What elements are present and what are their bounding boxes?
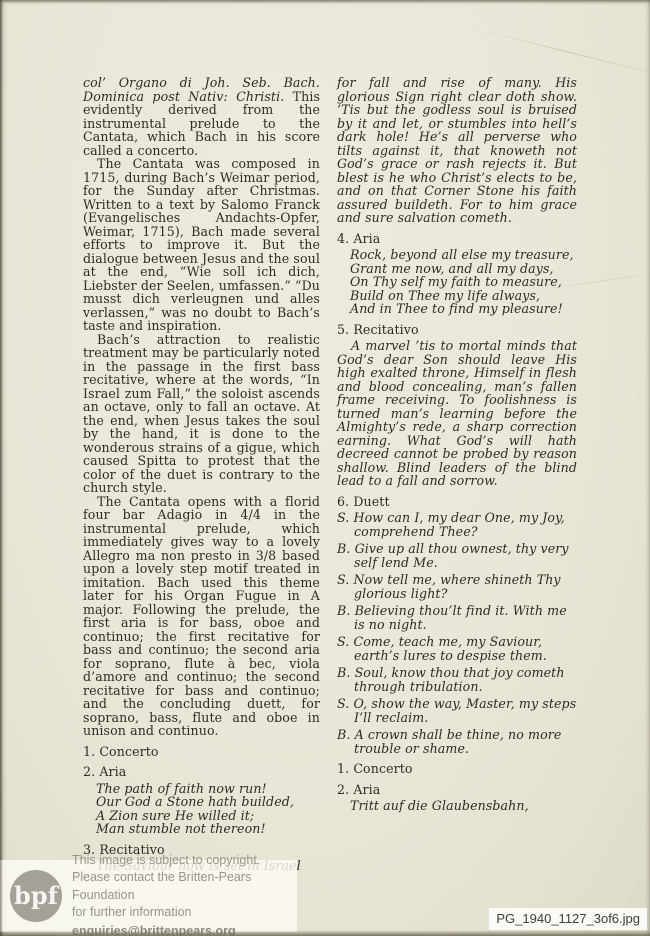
scan-background: { "colors": { "paper": "#e9e7d7", "ink":…: [0, 0, 650, 936]
verse-line: A Zion sure He willed it;: [96, 809, 320, 823]
left-column: col’ Organo di Joh. Seb. Bach. Dominica …: [83, 76, 320, 876]
text-segment: A marvel ’tis to mortal minds that God’s…: [337, 338, 577, 488]
dialogue-text: Now tell me, where shineth Thy glorious …: [354, 572, 561, 601]
dialogue-line: S. O, show the way, Master, my steps I’l…: [337, 697, 577, 724]
bpf-logo: bpf: [10, 870, 62, 922]
dialogue-text: O, show the way, Master, my steps I’ll r…: [354, 696, 577, 725]
text-segment: for fall and rise of many. His glorious …: [337, 75, 577, 225]
verse-line: Our God a Stone hath builded,: [96, 795, 320, 809]
copyright-overlay: bpf This image is subject to copyright. …: [0, 860, 297, 932]
movement-heading: 2. Aria: [83, 765, 320, 779]
copyright-line: Please contact the Britten-Pears Foundat…: [72, 869, 297, 904]
dialogue-text: Believing thou’lt find it. With me is no…: [354, 603, 567, 632]
scan-left-edge: [0, 0, 3, 936]
speaker-label: B.: [337, 665, 350, 680]
copyright-text: This image is subject to copyright. Plea…: [72, 852, 297, 936]
dialogue-text: A crown shall be thine, no more trouble …: [354, 727, 561, 756]
speaker-label: S.: [337, 510, 349, 525]
paragraph: Bach’s attraction to realistic treatment…: [83, 333, 320, 495]
bpf-logo-text: bpf: [14, 884, 58, 908]
dialogue-line: S. How can I, my dear One, my Joy, compr…: [337, 511, 577, 538]
verse: Tritt auf die Glaubensbahn,: [350, 799, 577, 813]
paragraph: for fall and rise of many. His glorious …: [337, 76, 577, 225]
verse-line: On Thy self my faith to measure,: [350, 275, 577, 289]
copyright-line: for further information: [72, 904, 297, 922]
verse-line: Build on Thee my life always,: [350, 289, 577, 303]
verse: Rock, beyond all else my treasure,Grant …: [350, 248, 577, 316]
movement-heading: 1. Concerto: [337, 762, 577, 776]
speaker-label: B.: [337, 727, 350, 742]
speaker-label: B.: [337, 603, 350, 618]
movement-heading: 2. Aria: [337, 783, 577, 797]
dialogue-line: B. Believing thou’lt find it. With me is…: [337, 604, 577, 631]
dialogue-line: B. Soul, know thou that joy cometh throu…: [337, 666, 577, 693]
dialogue-line: B. A crown shall be thine, no more troub…: [337, 728, 577, 755]
paragraph: A marvel ’tis to mortal minds that God’s…: [337, 339, 577, 488]
speaker-label: B.: [337, 541, 350, 556]
verse: The path of faith now run!Our God a Ston…: [96, 782, 320, 836]
dialogue-text: Soul, know thou that joy cometh through …: [354, 665, 565, 694]
movement-heading: 6. Duett: [337, 495, 577, 509]
scan-bottom-edge: [0, 930, 650, 936]
dialogue-text: Come, teach me, my Saviour, earth’s lure…: [354, 634, 547, 663]
verse-line: The path of faith now run!: [96, 782, 320, 796]
text-segment: The Cantata was composed in 1715, during…: [83, 156, 320, 333]
copyright-line: This image is subject to copyright.: [72, 852, 297, 870]
speaker-label: S.: [337, 634, 349, 649]
paragraph: col’ Organo di Joh. Seb. Bach. Dominica …: [83, 76, 320, 157]
dialogue-text: Give up all thou ownest, thy very self l…: [354, 541, 569, 570]
speaker-label: S.: [337, 572, 349, 587]
text-segment: col’ Organo di Joh. Seb. Bach. Dominica …: [83, 75, 320, 104]
verse-line: Grant me now, and all my days,: [350, 262, 577, 276]
text-segment: Bach’s attraction to realistic treatment…: [83, 332, 320, 496]
movement-heading: 5. Recitativo: [337, 323, 577, 337]
verse-line: Man stumble not thereon!: [96, 822, 320, 836]
filename-label: PG_1940_1127_3of6.jpg: [489, 908, 647, 930]
movement-heading: 4. Aria: [337, 232, 577, 246]
verse-line: Tritt auf die Glaubensbahn,: [350, 799, 577, 813]
paragraph: The Cantata was composed in 1715, during…: [83, 157, 320, 333]
movement-heading: 1. Concerto: [83, 745, 320, 759]
scan-top-edge: [0, 0, 650, 3]
dialogue-line: S. Now tell me, where shineth Thy glorio…: [337, 573, 577, 600]
dialogue-line: S. Come, teach me, my Saviour, earth’s l…: [337, 635, 577, 662]
verse-line: Rock, beyond all else my treasure,: [350, 248, 577, 262]
verse-line: And in Thee to find my pleasure!: [350, 302, 577, 316]
paper-crease: [473, 28, 650, 77]
paragraph: The Cantata opens with a florid four bar…: [83, 495, 320, 738]
scanned-page: col’ Organo di Joh. Seb. Bach. Dominica …: [0, 0, 650, 936]
dialogue-line: B. Give up all thou ownest, thy very sel…: [337, 542, 577, 569]
speaker-label: S.: [337, 696, 349, 711]
dialogue-text: How can I, my dear One, my Joy, comprehe…: [354, 510, 565, 539]
text-segment: The Cantata opens with a florid four bar…: [83, 494, 320, 739]
right-column: for fall and rise of many. His glorious …: [337, 76, 577, 816]
